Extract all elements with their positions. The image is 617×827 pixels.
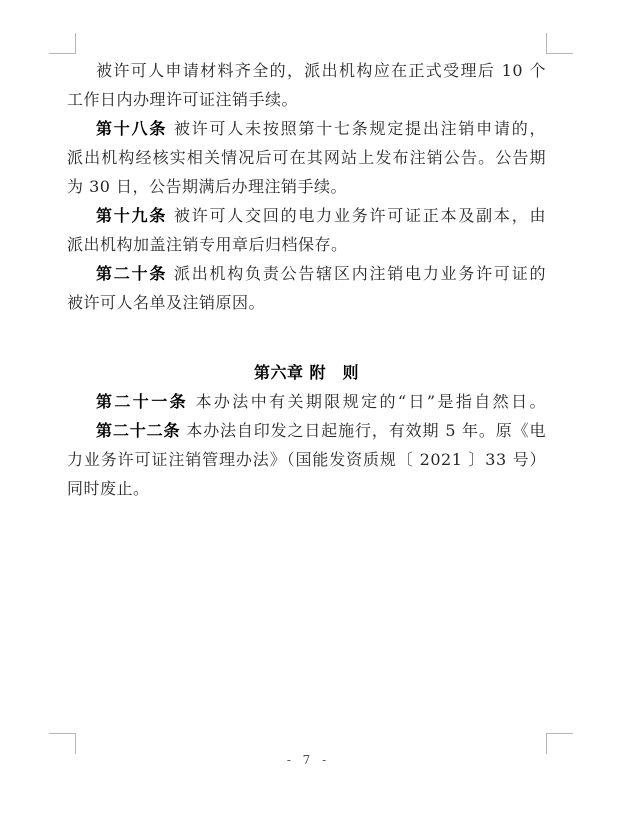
document-page: 被许可人申请材料齐全的，派出机构应在正式受理后 10 个工作日内办理许可证注销手… [0,0,617,827]
body-text-line: 第十九条 被许可人交回的电力业务许可证正本及副本，由 [67,201,546,230]
text-segment: 被许可人申请材料齐全的，派出机构应在正式受理后 10 个 [96,61,546,80]
article-number: 第十九条 [96,206,167,225]
text-segment: 派出机构经核实相关情况后可在其网站上发布注销公告。公告期 [67,148,546,167]
body-text-line: 同时废止。 [67,474,546,503]
body-text-line: 力业务许可证注销管理办法》（国能发资质规〔 2021 〕33 号） [67,445,546,474]
chapter-heading: 第六章 附 则 [67,358,546,387]
body-text-line: 第十八条 被许可人未按照第十七条规定提出注销申请的， [67,114,546,143]
text-segment: 被许可人交回的电力业务许可证正本及副本，由 [167,206,546,225]
text-segment: 同时废止。 [67,479,150,498]
text-segment: 为 30 日，公告期满后办理注销手续。 [67,177,347,196]
document-content: 被许可人申请材料齐全的，派出机构应在正式受理后 10 个工作日内办理许可证注销手… [67,56,546,503]
crop-mark-top-right-icon [546,33,573,54]
body-text-line: 第二十二条 本办法自印发之日起施行，有效期 5 年。原《电 [67,416,546,445]
text-segment: 派出机构加盖注销专用章后归档保存。 [67,235,348,254]
crop-mark-bottom-right-icon [546,733,573,754]
article-number: 第十八条 [96,119,167,138]
text-segment: 被许可人未按照第十七条规定提出注销申请的， [167,119,546,138]
crop-mark-top-left-icon [49,33,76,54]
text-segment: 本办法自印发之日起施行，有效期 5 年。原《电 [180,421,546,440]
crop-mark-bottom-left-icon [49,733,76,754]
body-text-line: 为 30 日，公告期满后办理注销手续。 [67,172,546,201]
text-segment: 派出机构负责公告辖区内注销电力业务许可证的 [167,264,546,283]
body-text-line: 派出机构经核实相关情况后可在其网站上发布注销公告。公告期 [67,143,546,172]
article-number: 第二十条 [96,264,167,283]
page-number: - 7 - [287,753,330,767]
text-segment: 力业务许可证注销管理办法》（国能发资质规〔 2021 〕33 号） [67,450,546,469]
body-text-line: 派出机构加盖注销专用章后归档保存。 [67,230,546,259]
article-number: 第二十二条 [96,421,180,440]
text-segment: 被许可人名单及注销原因。 [67,293,265,312]
body-text-line: 被许可人名单及注销原因。 [67,288,546,317]
page-footer: - 7 - [0,753,617,767]
article-number: 第六章 附 则 [254,363,359,382]
body-text-line: 被许可人申请材料齐全的，派出机构应在正式受理后 10 个 [67,56,546,85]
body-text-line: 工作日内办理许可证注销手续。 [67,85,546,114]
text-segment: 本办法中有关期限规定的“日”是指自然日。 [188,392,546,411]
article-number: 第二十一条 [96,392,188,411]
body-text-line: 第二十条 派出机构负责公告辖区内注销电力业务许可证的 [67,259,546,288]
text-segment: 工作日内办理许可证注销手续。 [67,90,298,109]
body-text-line: 第二十一条 本办法中有关期限规定的“日”是指自然日。 [67,387,546,416]
